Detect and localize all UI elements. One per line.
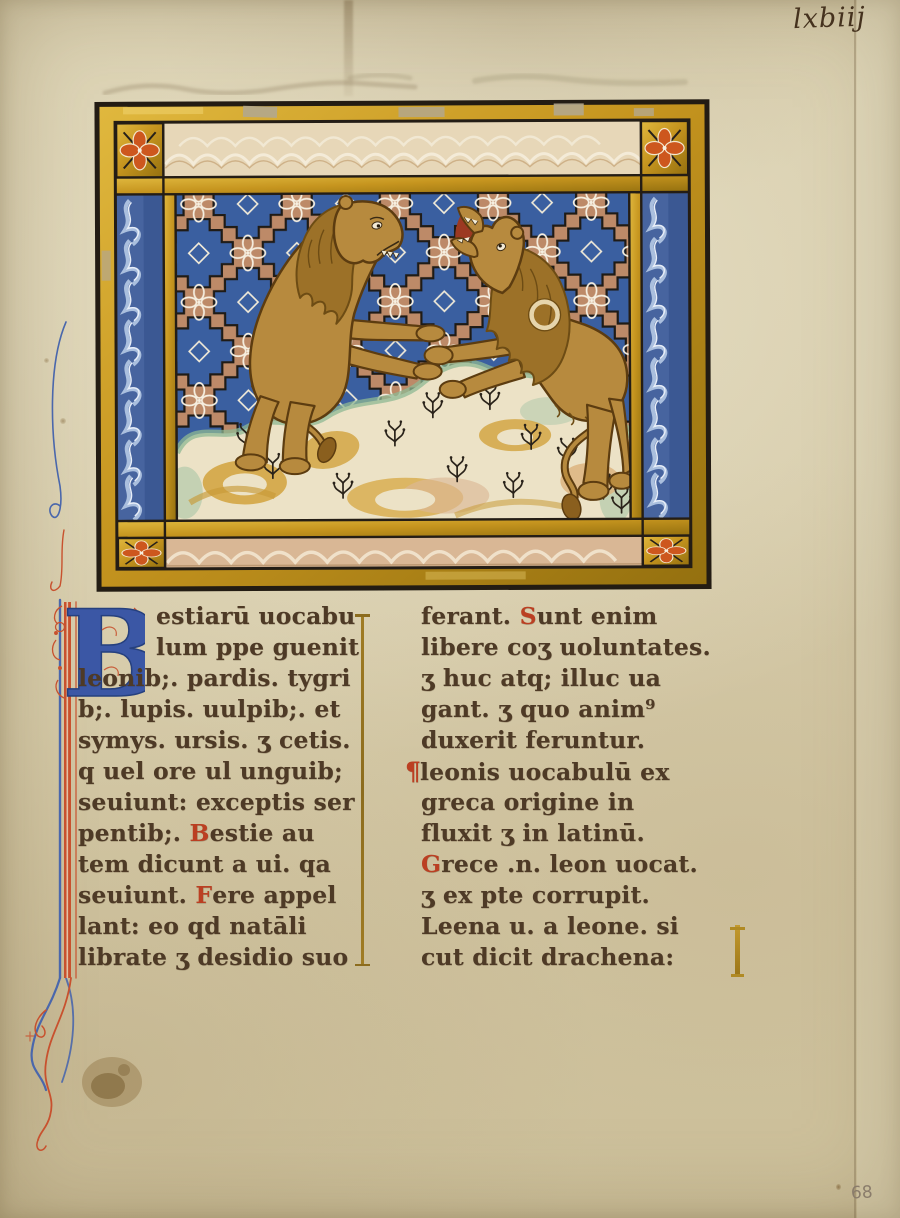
line-text: ʒ huc atq; illuc ua [421,664,661,692]
manuscript-text-line: symys. ursis. ʒ cetis. [78,725,370,756]
folio-number: lxbiij [792,0,900,35]
manuscript-text-line: Leena u. a leone. si [421,911,743,942]
rubricated-letter: F [195,881,212,909]
manuscript-text-line: q uel ore ul unguib; [78,756,370,787]
manuscript-text-line: gant. ʒ quo anim⁹ [421,694,743,725]
line-text: greca origine in [421,788,634,816]
column-divider-rule [361,614,364,966]
manuscript-text-line: tem dicunt a ui. qa [78,849,370,880]
line-text: leonib;. pardis. tygri [78,664,351,692]
manuscript-text-line: lum ppe guenit [78,632,370,663]
manuscript-text-line: leonib;. pardis. tygri [78,663,370,694]
manuscript-text-line: ¶leonis uocabulū ex [421,756,743,787]
manuscript-text-line: pentib;. Bestie au [78,818,370,849]
line-text: lant: eo qd natāli [78,912,307,940]
line-text: tem dicunt a ui. qa [78,850,331,878]
text-column-left: estiarū uocabu lum ppe guenit leonib;. p… [78,601,370,973]
manuscript-text-line: duxerit feruntur. [421,725,743,756]
ink-speck [836,1184,841,1190]
line-text: leonis uocabulū ex [420,758,670,786]
rubricated-letter: S [520,602,537,630]
manuscript-text-line: libere coʒ uoluntates. [421,632,743,663]
line-text: seuiunt: exceptis ser [78,788,355,816]
top-wave-band [163,121,642,177]
manuscript-text-line: fluxit ʒ in latinū. [421,818,743,849]
line-text: seuiunt. [78,881,195,909]
rubricated-letter: ¶ [405,756,420,787]
parchment-stain [82,1057,142,1107]
line-text: fluxit ʒ in latinū. [421,819,645,847]
manuscript-text-line: cut dicit drachena: [421,942,743,973]
bottom-wave-band [165,536,645,568]
manuscript-text-line: lant: eo qd natāli [78,911,370,942]
line-text: lum ppe guenit [156,633,359,661]
manuscript-text-line: seuiunt. Fere appel [78,880,370,911]
page-edge-highlight [857,0,900,1218]
page-edge-line [854,0,856,1218]
gold-line-filler [735,925,740,977]
manuscript-text-line: ʒ ex pte corrupit. [421,880,743,911]
line-text: pentib;. [78,819,190,847]
line-text: libere coʒ uoluntates. [421,633,711,661]
line-text: duxerit feruntur. [421,726,645,754]
line-text: q uel ore ul unguib; [78,757,343,785]
miniature-two-lions-fighting [93,98,713,594]
line-text: gant. ʒ quo anim⁹ [421,695,656,723]
line-text: Leena u. a leone. si [421,912,679,940]
manuscript-text-line: b;. lupis. uulpib;. et [78,694,370,725]
manuscript-text-line: seuiunt: exceptis ser [78,787,370,818]
rubricated-letter: G [421,850,441,878]
line-text: symys. ursis. ʒ cetis. [78,726,351,754]
manuscript-text-line: greca origine in [421,787,743,818]
line-text: b;. lupis. uulpib;. et [78,695,341,723]
line-text: ferant. [421,602,520,630]
line-text: estie au [210,819,315,847]
manuscript-text-line: ferant. Sunt enim [421,601,743,632]
manuscript-page: lxbiij [0,0,900,1218]
manuscript-text-line: estiarū uocabu [78,601,370,632]
manuscript-text-line: librate ʒ desidio suo [78,942,370,973]
line-text: rece .n. leon uocat. [441,850,698,878]
manuscript-text-line: Grece .n. leon uocat. [421,849,743,880]
text-column-right: ferant. Sunt enim libere coʒ uoluntates.… [421,601,743,973]
line-text: cut dicit drachena: [421,943,674,971]
right-acanthus-panel [641,192,690,519]
line-text: ere appel [212,881,336,909]
rubricated-letter: B [190,819,210,847]
line-text: librate ʒ desidio suo [78,943,348,971]
line-text: estiarū uocabu [156,602,355,630]
manuscript-text-line: ʒ huc atq; illuc ua [421,663,743,694]
line-text: unt enim [537,602,658,630]
pencil-page-number: 68 [850,1182,873,1203]
line-text: ʒ ex pte corrupit. [421,881,650,909]
